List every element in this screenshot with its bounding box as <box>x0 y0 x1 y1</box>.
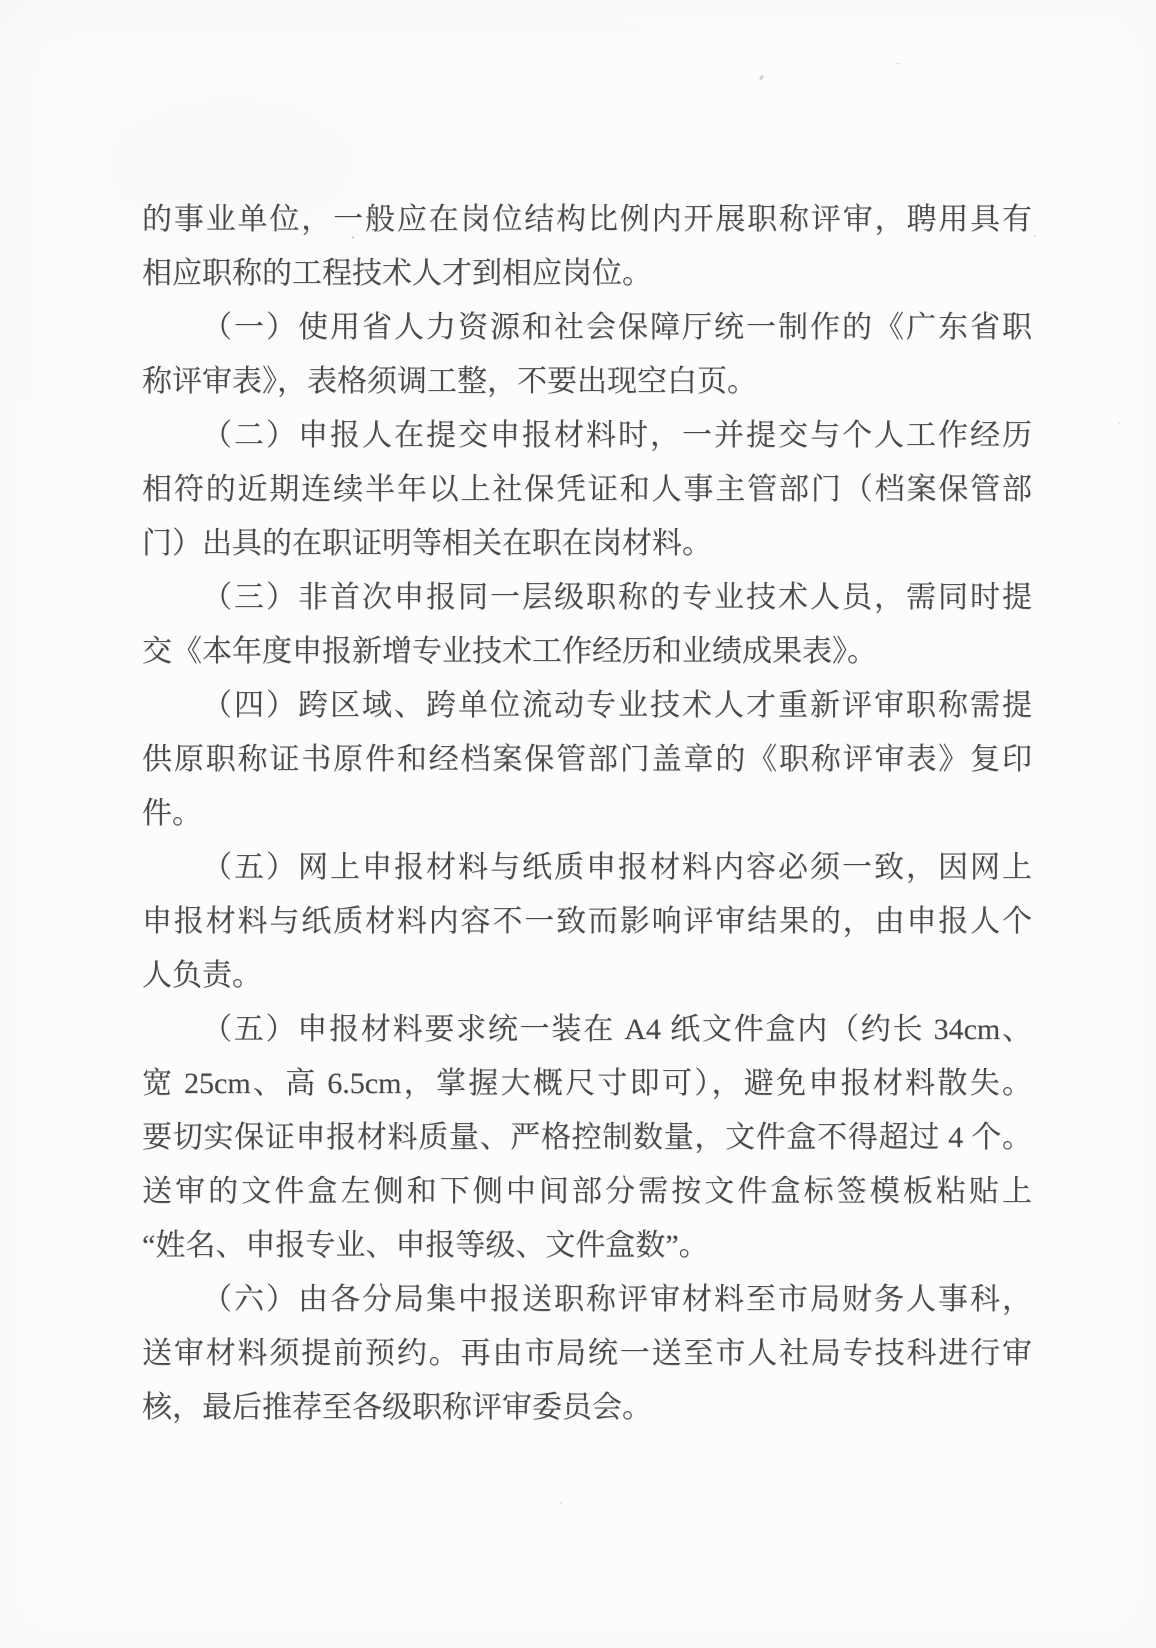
scan-speck <box>759 75 764 81</box>
scan-speck <box>896 63 901 64</box>
document-line-item-5-online-0: （五）网上申报材料与纸质申报材料内容必须一致，因网上 <box>142 841 1032 895</box>
document-line-item-4-1: 供原职称证书原件和经档案保管部门盖章的《职称评审表》复印 <box>142 733 1032 787</box>
document-line-item-1-0: （一）使用省人力资源和社会保障厅统一制作的《广东省职 <box>142 301 1032 355</box>
document-line-item-2-1: 相符的近期连续半年以上社保凭证和人事主管部门（档案保管部 <box>142 463 1032 517</box>
document-line-item-6-2: 核，最后推荐至各级职称评审委员会。 <box>142 1381 1032 1435</box>
document-line-item-3-1: 交《本年度申报新增专业技术工作经历和业绩成果表》。 <box>142 625 1032 679</box>
document-line-item-1-1: 称评审表》，表格须调工整，不要出现空白页。 <box>142 355 1032 409</box>
document-line-continued-paragraph-0: 的事业单位，一般应在岗位结构比例内开展职称评审，聘用具有 <box>142 193 1032 247</box>
scan-speck <box>1118 422 1120 424</box>
document-line-item-4-2: 件。 <box>142 787 1032 841</box>
scan-speck <box>1034 235 1036 237</box>
scan-speck <box>560 1502 562 1504</box>
document-line-item-2-0: （二）申报人在提交申报材料时，一并提交与个人工作经历 <box>142 409 1032 463</box>
document-line-item-5-box-2: 要切实保证申报材料质量、严格控制数量，文件盒不得超过 4 个。 <box>142 1111 1032 1165</box>
document-body-text: 的事业单位，一般应在岗位结构比例内开展职称评审，聘用具有相应职称的工程技术人才到… <box>142 193 1032 1435</box>
document-line-item-5-online-1: 申报材料与纸质材料内容不一致而影响评审结果的，由申报人个 <box>142 895 1032 949</box>
document-line-item-5-online-2: 人负责。 <box>142 949 1032 1003</box>
document-line-item-5-box-0: （五）申报材料要求统一装在 A4 纸文件盒内（约长 34cm、 <box>142 1003 1032 1057</box>
document-line-item-6-0: （六）由各分局集中报送职称评审材料至市局财务人事科， <box>142 1273 1032 1327</box>
document-line-item-5-box-1: 宽 25cm、高 6.5cm，掌握大概尺寸即可），避免申报材料散失。 <box>142 1057 1032 1111</box>
scanned-page: 的事业单位，一般应在岗位结构比例内开展职称评审，聘用具有相应职称的工程技术人才到… <box>0 0 1156 1648</box>
document-line-item-5-box-4: “姓名、申报专业、申报等级、文件盒数”。 <box>142 1219 1032 1273</box>
document-line-item-2-2: 门）出具的在职证明等相关在职在岗材料。 <box>142 517 1032 571</box>
document-line-item-6-1: 送审材料须提前预约。再由市局统一送至市人社局专技科进行审 <box>142 1327 1032 1381</box>
document-line-continued-paragraph-1: 相应职称的工程技术人才到相应岗位。 <box>142 247 1032 301</box>
document-line-item-3-0: （三）非首次申报同一层级职称的专业技术人员，需同时提 <box>142 571 1032 625</box>
document-line-item-4-0: （四）跨区域、跨单位流动专业技术人才重新评审职称需提 <box>142 679 1032 733</box>
document-line-item-5-box-3: 送审的文件盒左侧和下侧中间部分需按文件盒标签模板粘贴上 <box>142 1165 1032 1219</box>
